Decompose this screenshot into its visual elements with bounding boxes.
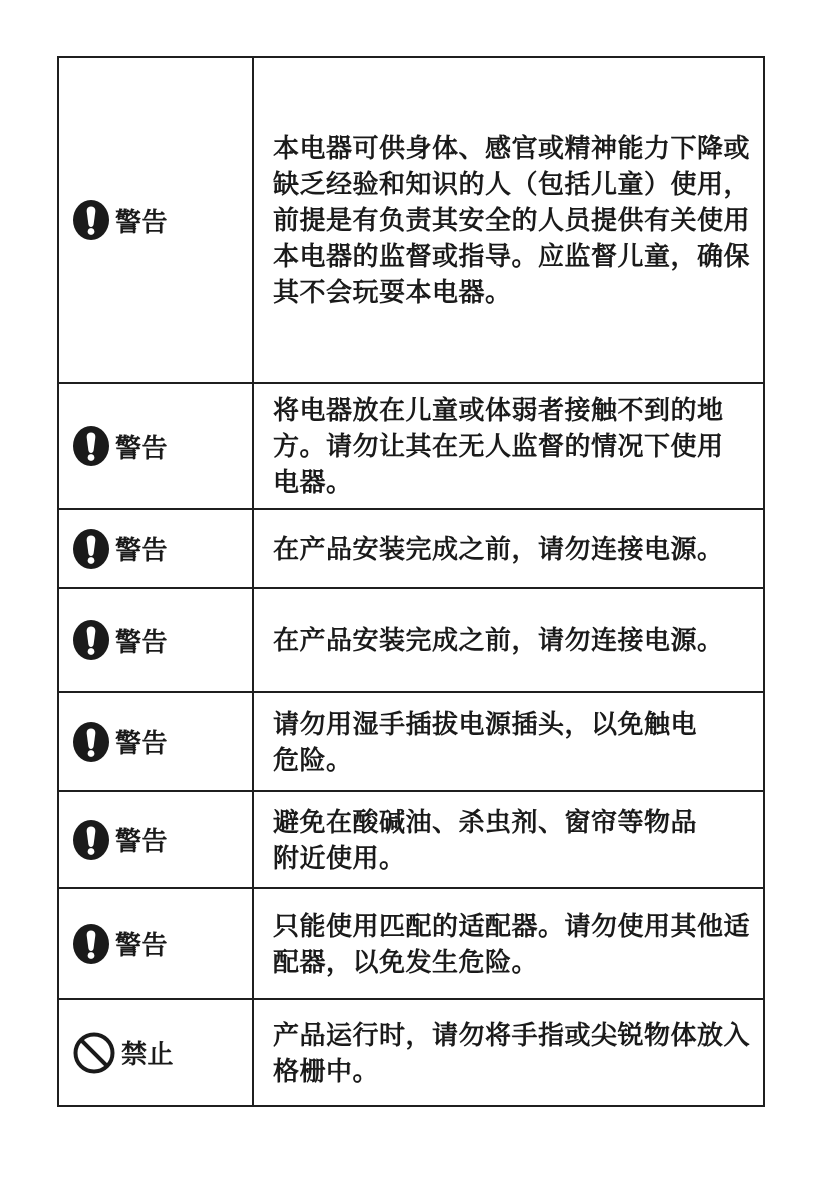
signal-cell: 警告 [59, 589, 254, 691]
safety-text: 避免在酸碱油、杀虫剂、窗帘等物品 附近使用。 [273, 804, 697, 876]
warning-icon [73, 200, 109, 240]
instruction-cell: 请勿用湿手插拔电源插头，以免触电 危险。 [254, 693, 763, 790]
signal-word-label: 警告 [115, 622, 168, 659]
table-row: 警告 在产品安装完成之前，请勿连接电源。 [59, 589, 763, 693]
instruction-cell: 本电器可供身体、感官或精神能力下降或 缺乏经验和知识的人（包括儿童）使用， 前提… [254, 58, 763, 382]
signal-word-label: 警告 [115, 925, 168, 962]
warning-icon [73, 722, 109, 762]
signal-cell: 警告 [59, 58, 254, 382]
warning-icon [73, 426, 109, 466]
signal-cell: 警告 [59, 792, 254, 887]
signal-word-label: 禁止 [121, 1034, 174, 1071]
table-row: 警告 本电器可供身体、感官或精神能力下降或 缺乏经验和知识的人（包括儿童）使用，… [59, 58, 763, 384]
safety-text: 请勿用湿手插拔电源插头，以免触电 危险。 [273, 706, 697, 778]
warning-icon [73, 620, 109, 660]
warning-icon [73, 924, 109, 964]
safety-text: 在产品安装完成之前，请勿连接电源。 [273, 622, 724, 658]
safety-text: 只能使用匹配的适配器。请勿使用其他适 配器，以免发生危险。 [273, 908, 750, 980]
warning-icon [73, 529, 109, 569]
signal-word-label: 警告 [115, 821, 168, 858]
safety-text: 在产品安装完成之前，请勿连接电源。 [273, 531, 724, 567]
signal-word-label: 警告 [115, 530, 168, 567]
table-row: 警告 在产品安装完成之前，请勿连接电源。 [59, 510, 763, 589]
instruction-cell: 避免在酸碱油、杀虫剂、窗帘等物品 附近使用。 [254, 792, 763, 887]
table-row: 禁止 产品运行时，请勿将手指或尖锐物体放入 格栅中。 [59, 1000, 763, 1105]
safety-text: 将电器放在儿童或体弱者接触不到的地 方。请勿让其在无人监督的情况下使用 电器。 [273, 392, 724, 500]
safety-text: 本电器可供身体、感官或精神能力下降或 缺乏经验和知识的人（包括儿童）使用， 前提… [273, 130, 750, 310]
signal-cell: 禁止 [59, 1000, 254, 1105]
signal-cell: 警告 [59, 693, 254, 790]
instruction-cell: 在产品安装完成之前，请勿连接电源。 [254, 589, 763, 691]
safety-text: 产品运行时，请勿将手指或尖锐物体放入 格栅中。 [273, 1017, 750, 1089]
warning-icon [73, 820, 109, 860]
signal-cell: 警告 [59, 510, 254, 587]
signal-word-label: 警告 [115, 428, 168, 465]
signal-cell: 警告 [59, 384, 254, 508]
table-row: 警告 请勿用湿手插拔电源插头，以免触电 危险。 [59, 693, 763, 792]
safety-table: 警告 本电器可供身体、感官或精神能力下降或 缺乏经验和知识的人（包括儿童）使用，… [57, 56, 765, 1107]
table-row: 警告 只能使用匹配的适配器。请勿使用其他适 配器，以免发生危险。 [59, 889, 763, 1000]
signal-word-label: 警告 [115, 723, 168, 760]
instruction-cell: 产品运行时，请勿将手指或尖锐物体放入 格栅中。 [254, 1000, 763, 1105]
instruction-cell: 将电器放在儿童或体弱者接触不到的地 方。请勿让其在无人监督的情况下使用 电器。 [254, 384, 763, 508]
instruction-cell: 只能使用匹配的适配器。请勿使用其他适 配器，以免发生危险。 [254, 889, 763, 998]
prohibition-icon [73, 1032, 115, 1074]
table-row: 警告 将电器放在儿童或体弱者接触不到的地 方。请勿让其在无人监督的情况下使用 电… [59, 384, 763, 510]
table-row: 警告 避免在酸碱油、杀虫剂、窗帘等物品 附近使用。 [59, 792, 763, 889]
signal-cell: 警告 [59, 889, 254, 998]
instruction-cell: 在产品安装完成之前，请勿连接电源。 [254, 510, 763, 587]
signal-word-label: 警告 [115, 202, 168, 239]
